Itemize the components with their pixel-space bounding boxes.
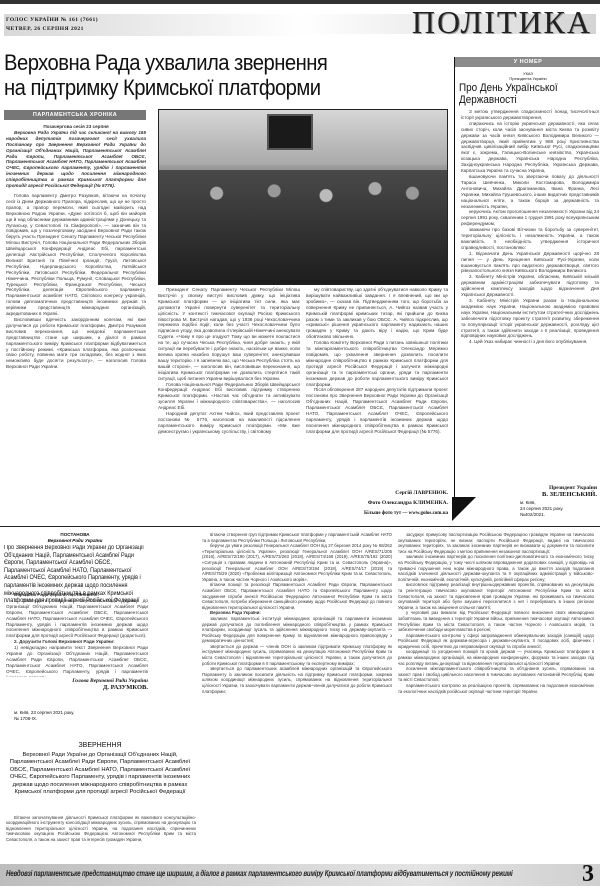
article-paragraph: Президент Сенату Парламенту Чеської Респ…: [158, 287, 300, 382]
article-paragraph: Голова Комітету Верховної Ради з питань …: [306, 340, 448, 387]
decree-item: 2. Кабінету Міністрів України, обласним,…: [461, 274, 599, 298]
headline-line-2: на підтримку Кримської платформи: [4, 75, 445, 100]
decree-paragraph: зважаючи про базові Вітчизни та боротьбу…: [461, 227, 599, 251]
masthead-paper-issue: ГОЛОС УКРАЇНИ № 161 (7661): [6, 16, 302, 25]
zvernennya-paragraph: закликає парламентські інституції міжнар…: [202, 616, 392, 644]
decree-item: 1. Відзначати День Української Державнос…: [461, 251, 599, 275]
masthead: ГОЛОС УКРАЇНИ № 161 (7661) ЧЕТВЕР, 26 СЕ…: [4, 14, 304, 36]
decree-paragraph: З метою утвердження спадкоємності понад …: [461, 109, 599, 121]
zvernennya-paragraph: парламентського контролю за реалізацією …: [398, 683, 594, 694]
article-column-2: Президент Сенату Парламенту Чеської Респ…: [158, 287, 300, 519]
section-title: ПОЛІТИКА: [412, 6, 592, 38]
sidebar-box: У НОМЕР УКАЗ Президента України Про День…: [454, 57, 600, 517]
article-paragraph: Голова Національної Ради Федеральних Збо…: [158, 382, 300, 412]
zvernennya-paragraph: закликає іноземних партнерів до посиленн…: [398, 554, 594, 582]
postanova-item: 1. Затвердити Звернення Верховної Ради У…: [6, 598, 148, 639]
postanova-body: Верховна Рада України постановляє: 1. За…: [6, 592, 148, 677]
decree-item: 4. Цей Указ набирає чинності з дня його …: [461, 339, 599, 345]
zvernennya-title: Верховної Ради України до Організації Об…: [0, 752, 200, 796]
session-photo: [158, 109, 448, 285]
decree-body: З метою утвердження спадкоємності понад …: [461, 109, 599, 481]
zvernennya-paragraph: беручи до уваги резолюції Генеральної Ас…: [202, 543, 392, 582]
zvernennya-paragraph: звертається до парламентських асамблей м…: [202, 666, 392, 694]
section-divider: [0, 526, 600, 527]
article-paragraph: Після обговорення 287 народних депутатів…: [306, 387, 448, 434]
postanova-issuer: Верховної Ради України: [0, 538, 150, 544]
article-column-3: му співтовариству, що здатні об'єднувати…: [306, 287, 448, 472]
zvernennya-paragraph: Вітаючи започаткування діяльності Кримсь…: [6, 815, 196, 842]
photo-crowd: [159, 170, 447, 285]
zvernennya-paragraph: у черговий раз вимагає від Російської Фе…: [398, 610, 594, 632]
postanova-head: ПОСТАНОВА Верховної Ради України: [0, 532, 150, 543]
headline-line-1: Верховна Рада ухвалила звернення: [4, 50, 445, 75]
decree-place: м. Київ,: [520, 500, 536, 506]
sidebar-header: У НОМЕР: [455, 57, 600, 67]
article-paragraph: Народний депутат Ахтем Чийгоз, який пред…: [158, 411, 300, 435]
postanova-signature-name: Д. РАЗУМКОВ.: [6, 685, 148, 692]
more-photos-link[interactable]: Більше фото тут — www.golos.com.ua: [306, 511, 448, 518]
decree-date: 24 серпня 2021 року.: [520, 506, 563, 512]
decree-paragraph: спираючись на історію української держав…: [461, 121, 599, 174]
article-author: Сергій ЛАВРЕНЮК.: [306, 490, 448, 497]
zvernennya-paragraph: засуджує примусову паспортизацію Російсь…: [398, 532, 594, 554]
sidebar-kicker-2: Президента України: [455, 76, 600, 81]
footer-band: Невдовзі парламентське представництво ст…: [0, 864, 600, 886]
decree-number: №402/2021.: [520, 512, 545, 518]
zvernennya-body: Вітаючи започаткування діяльності Кримсь…: [6, 815, 196, 860]
chronicle-lead: Верховна Рада України під час скликаної …: [6, 130, 146, 189]
sidebar-corner: [452, 497, 476, 521]
chronicle-column: Позачергова сесія 23 серпня Верховна Рад…: [6, 124, 146, 522]
decree-signature-name: В. ЗЕЛЕНСЬКИЙ.: [459, 492, 597, 499]
sidebar-title: Про День Української Державності: [459, 82, 585, 106]
article-paragraph: му співтовариству, що здатні об'єднувати…: [306, 287, 448, 340]
zvernennya-column-3: засуджує примусову паспортизацію Російсь…: [398, 532, 594, 860]
footer-slogan: Невдовзі парламентське представництво ст…: [6, 868, 513, 878]
zvernennya-paragraph: вітаючи створення груп підтримки Кримськ…: [202, 532, 392, 543]
decree-paragraph: керуючись Актом проголошення незалежност…: [461, 209, 599, 227]
zvernennya-paragraph: координації та узгодження позицій та кро…: [398, 649, 594, 666]
zvernennya-paragraph: вітаючи позиції та резолюції Парламентсь…: [202, 582, 392, 610]
zvernennya-paragraph: висловлює підтримку реалізації внутрішнь…: [398, 582, 594, 610]
zvernennya-paragraph: посилення міжпарламентського співробітни…: [398, 666, 594, 683]
sidebar-kicker: УКАЗ Президента України: [455, 71, 600, 81]
chronicle-band: ПАРЛАМЕНТСЬКА ХРОНІКА: [4, 110, 146, 120]
chronicle-paragraph: Висловивши вдячність закордонним колегам…: [6, 317, 146, 370]
zvernennya-paragraph: парламентського контролю у сфері запрова…: [398, 633, 594, 650]
page-number: 3: [582, 861, 594, 888]
decree-item: 3. Кабінету Міністрів України разом із Н…: [461, 298, 599, 339]
zvernennya-label: ЗВЕРНЕННЯ: [0, 742, 200, 750]
photo-credit: Фото Олександра КЛИМЕНКА.: [306, 500, 448, 507]
headline: Верховна Рада ухвалила звернення на підт…: [4, 50, 445, 100]
postanova-item: 1) невідкладно направити текст Звернення…: [6, 645, 148, 677]
postanova-place-date: м. Київ, 23 серпня 2021 року.: [14, 710, 74, 716]
decree-paragraph: вшановуючи пам'ять та звертаючи повагу д…: [461, 174, 599, 209]
zvernennya-paragraph: звертається до держав — членів ООН із за…: [202, 644, 392, 666]
masthead-date: ЧЕТВЕР, 26 СЕРПНЯ 2021: [6, 25, 302, 34]
postanova-number: № 1708-IX.: [14, 716, 37, 722]
chronicle-paragraph: Голова парламенту Дмитро Разумков, вітаю…: [6, 193, 146, 317]
zvernennya-column-2: вітаючи створення груп підтримки Кримськ…: [202, 532, 392, 860]
photo-screen: [267, 114, 313, 150]
